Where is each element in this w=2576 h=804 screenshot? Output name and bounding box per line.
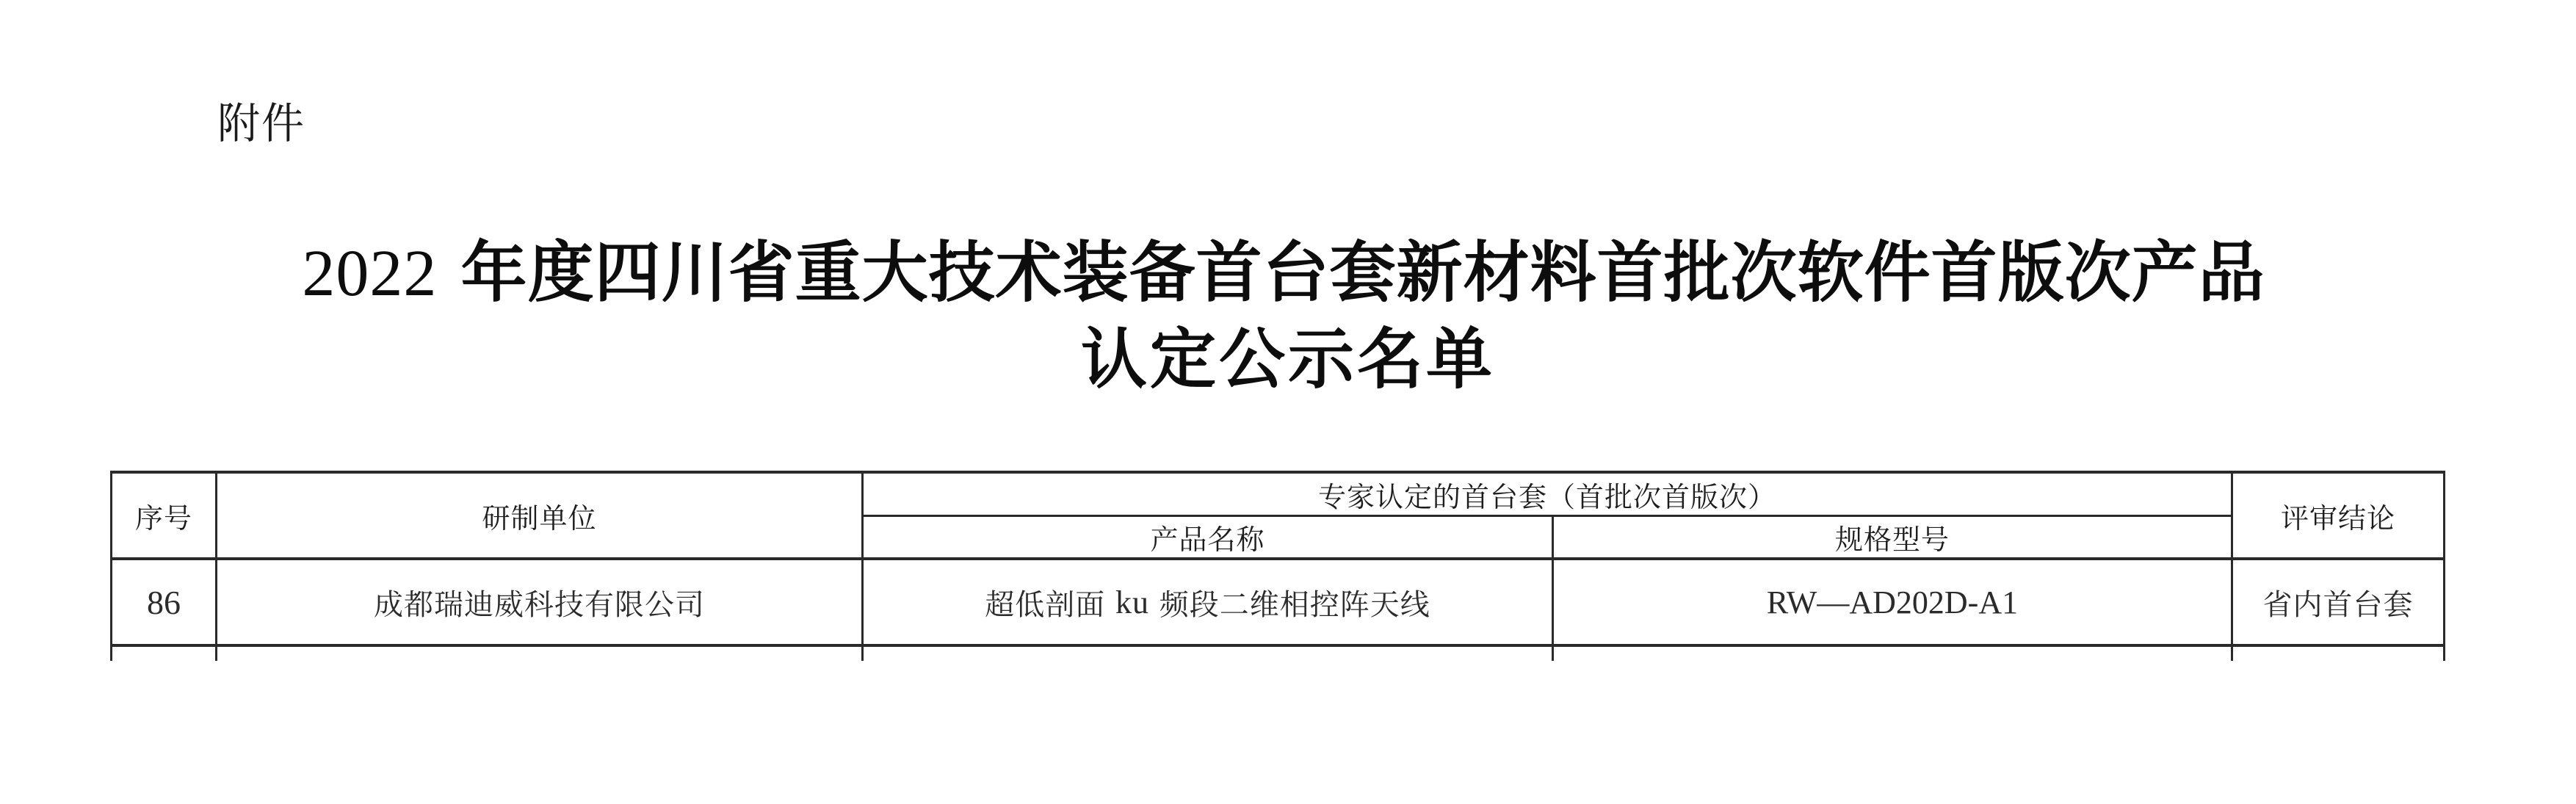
title-text: 年度四川省重大技术装备首台套新材料首批次软件首版次产品 [437,233,2265,311]
title-year: 2022 [302,237,437,310]
table-left-border [110,471,112,661]
table-right-border [2443,471,2445,661]
row-seq: 86 [112,560,215,644]
certification-table: 序号 研制单位 专家认定的首台套（首批次首版次） 产品名称 规格型号 评审结论 … [0,0,2576,804]
header-group: 专家认定的首台套（首批次首版次） [864,474,2231,515]
header-unit: 研制单位 [217,474,861,557]
header-conclusion: 评审结论 [2233,474,2443,557]
row-conclusion: 省内首台套 [2233,560,2443,644]
header-bottom-border [110,557,2445,560]
row-product-name: 超低剖面 ku 频段二维相控阵天线 [864,560,1552,644]
group-header-divider [862,515,2232,517]
col-divider-product [1552,515,1554,661]
header-seq: 序号 [112,474,215,557]
product-name-part-2: 频段二维相控阵天线 [1149,582,1430,623]
col-divider-model [2231,471,2233,661]
table-top-border [110,471,2445,474]
row-model: RW—AD202D-A1 [1554,560,2231,644]
product-name-part-1: 超低剖面 [985,582,1115,623]
row-unit: 成都瑞迪威科技有限公司 [217,560,861,644]
col-divider-unit [861,471,864,661]
col-divider-seq [215,471,217,661]
header-model: 规格型号 [1554,517,2231,557]
document-title-line-1: 2022 年度四川省重大技术装备首台套新材料首批次软件首版次产品 [0,232,2572,314]
header-product-name: 产品名称 [864,517,1552,557]
row-bottom-border [110,644,2445,647]
attachment-label: 附件 [217,94,305,153]
document-title-line-2: 认定公示名单 [0,319,2576,399]
product-name-band: ku [1115,584,1149,621]
